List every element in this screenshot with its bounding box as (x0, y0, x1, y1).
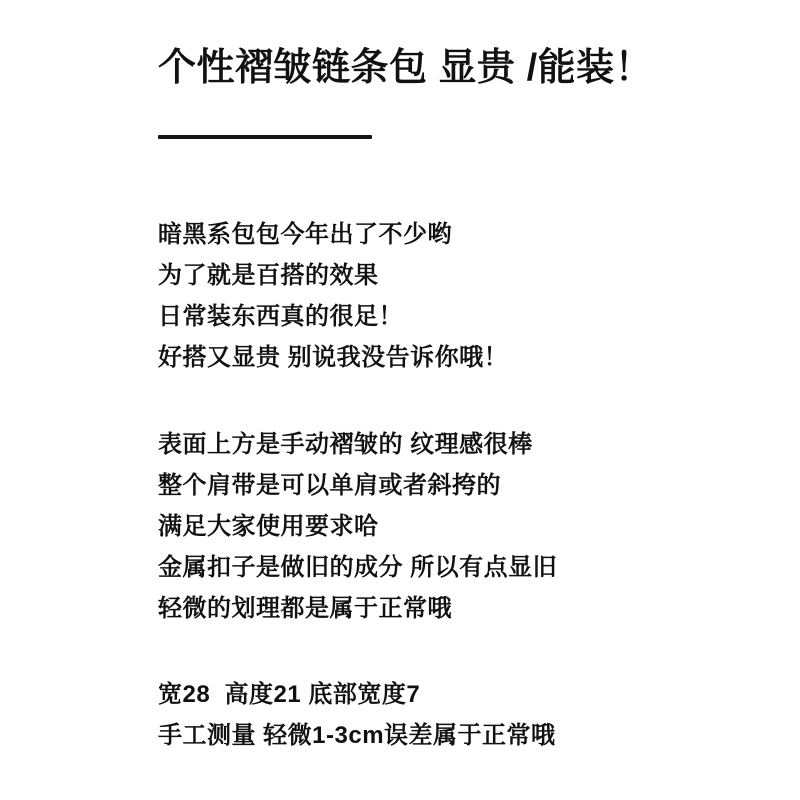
text-line: 日常装东西真的很足！ (158, 296, 720, 337)
divider-line (158, 135, 372, 139)
text-line: 轻微的划理都是属于正常哦 (158, 588, 720, 629)
text-line: 手工测量 轻微1-3cm误差属于正常哦 (158, 715, 720, 756)
paragraph-craft-details: 表面上方是手动褶皱的 纹理感很棒 整个肩带是可以单肩或者斜挎的 满足大家使用要求… (158, 424, 720, 629)
product-title: 个性褶皱链条包 显贵 /能装！ (158, 44, 720, 93)
text-line: 表面上方是手动褶皱的 纹理感很棒 (158, 424, 720, 465)
text-line: 为了就是百搭的效果 (158, 255, 720, 296)
text-line: 暗黑系包包今年出了不少哟 (158, 214, 720, 255)
paragraph-dimensions: 宽28 高度21 底部宽度7 手工测量 轻微1-3cm误差属于正常哦 (158, 674, 720, 756)
paragraph-style-intro: 暗黑系包包今年出了不少哟 为了就是百搭的效果 日常装东西真的很足！ 好搭又显贵 … (158, 214, 720, 378)
text-line: 宽28 高度21 底部宽度7 (158, 674, 720, 715)
product-description-page: 个性褶皱链条包 显贵 /能装！ 暗黑系包包今年出了不少哟 为了就是百搭的效果 日… (0, 0, 800, 800)
text-line: 整个肩带是可以单肩或者斜挎的 (158, 465, 720, 506)
text-line: 满足大家使用要求哈 (158, 506, 720, 547)
text-line: 金属扣子是做旧的成分 所以有点显旧 (158, 547, 720, 588)
text-line: 好搭又显贵 别说我没告诉你哦！ (158, 337, 720, 378)
